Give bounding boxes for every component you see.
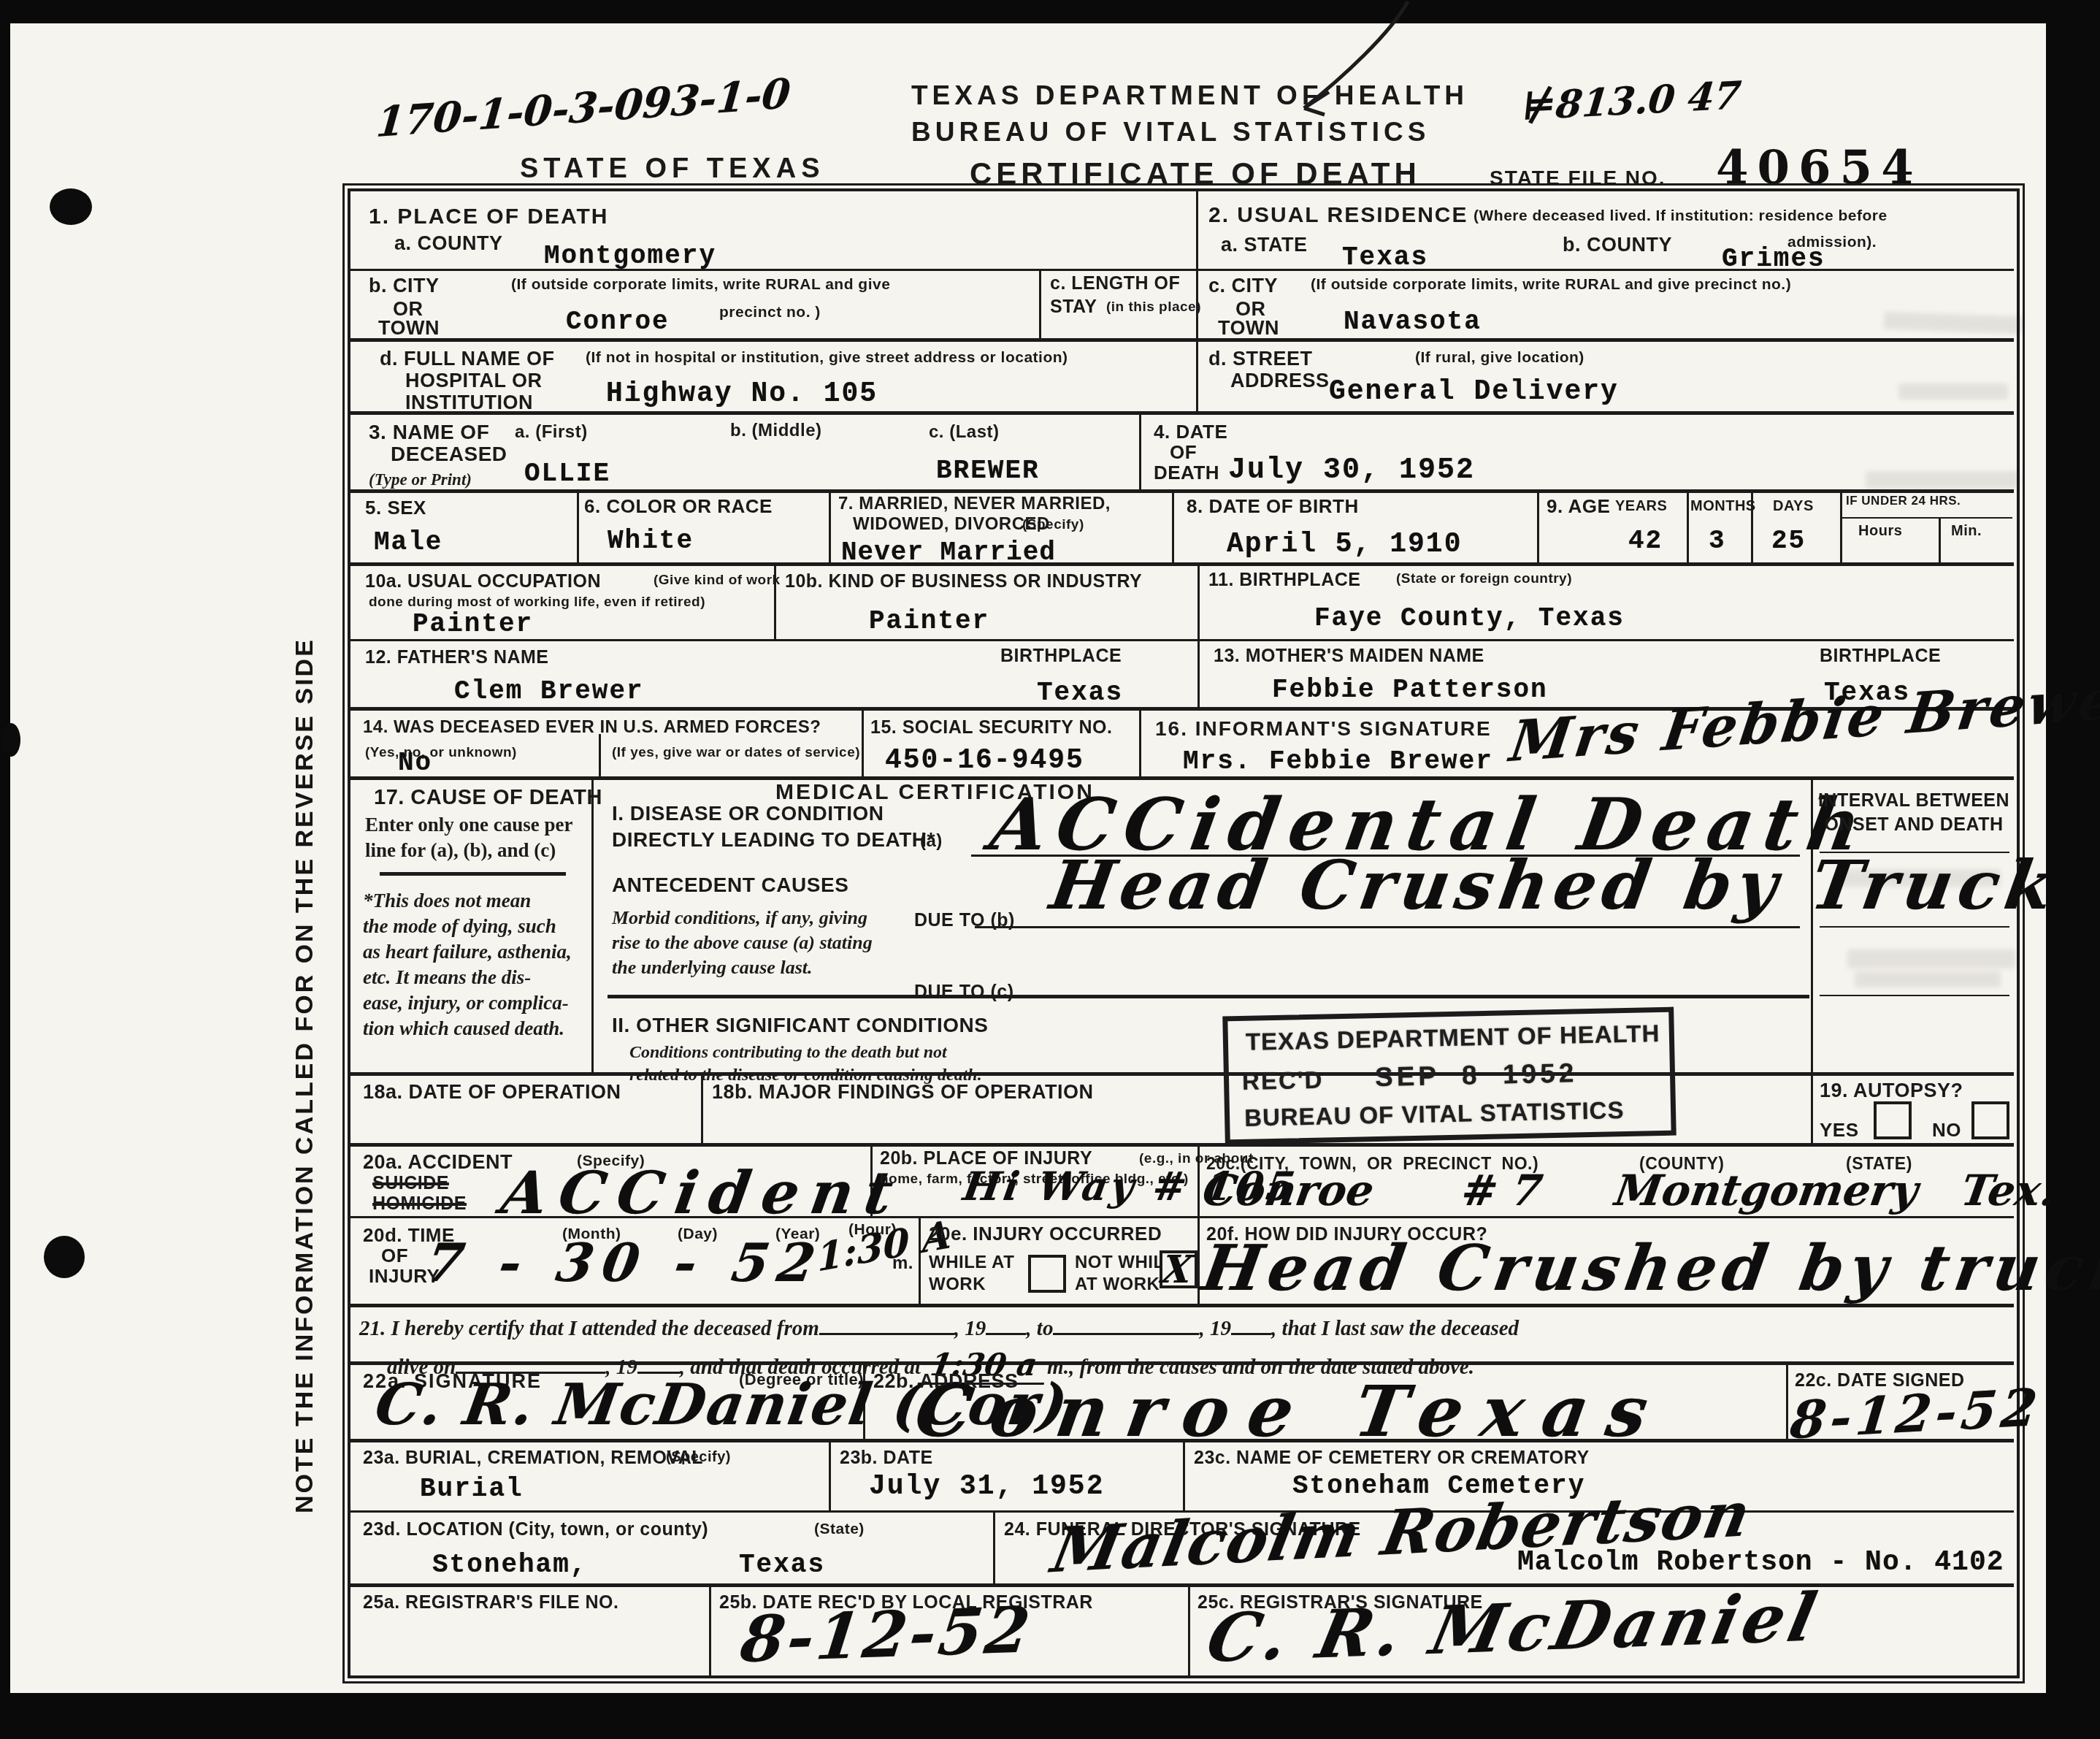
city-label-town: TOWN [378, 317, 440, 340]
burial-date-label: 23b. DATE [840, 1448, 933, 1469]
certificate-title: CERTIFICATE OF DEATH [970, 156, 1421, 191]
grid-line [350, 562, 2014, 566]
funeral-director-typed: Malcolm Robertson - No. 4102 [1517, 1547, 2004, 1578]
interval-line [1820, 926, 2009, 928]
grid-line [1197, 639, 1200, 707]
grid-line [862, 707, 864, 776]
occupation-label: 10a. USUAL OCCUPATION [365, 571, 601, 592]
morbid-conditions-note: Morbid conditions, if any, giving rise t… [612, 906, 873, 979]
cause-b-handwritten: Head Crushed by Truck [1045, 846, 2063, 925]
other-conditions-label: II. OTHER SIGNIFICANT CONDITIONS [612, 1014, 988, 1037]
grid-line [591, 776, 594, 1072]
street-value: General Delivery [1329, 376, 1619, 408]
hours-label: Hours [1858, 523, 1902, 540]
cemetery-label: 23c. NAME OF CEMETERY OR CREMATORY [1194, 1448, 1590, 1469]
cause-note-2: *This does not mean the mode of dying, s… [363, 888, 589, 1042]
armed-forces-note2: (If yes, give war or dates of service) [612, 745, 860, 761]
injury-location-handwritten: Conroe # 7 Montgomery Tex. [1200, 1166, 2060, 1215]
occupation-note: (Give kind of work [654, 573, 781, 589]
grid-line [1197, 562, 1200, 639]
grid-line [350, 338, 2014, 342]
place-of-death-title: 1. PLACE OF DEATH [369, 205, 608, 229]
hospital-label2: HOSPITAL OR [405, 370, 543, 392]
grid-line [1687, 489, 1689, 562]
city-label-note: (If outside corporate limits, write RURA… [511, 276, 890, 294]
grid-line [350, 1072, 2014, 1076]
grid-line [1039, 269, 1041, 338]
certify-text: , to [1026, 1317, 1053, 1340]
birthplace-label: 11. BIRTHPLACE [1208, 570, 1360, 591]
grid-line [1939, 517, 1941, 562]
grid-line [829, 1439, 831, 1510]
date-of-death-label: 4. DATE [1154, 421, 1227, 443]
occupation-note2: done during most of working life, even i… [369, 595, 705, 611]
stamp-recd: REC'D [1242, 1066, 1324, 1096]
residence-city-value: Navasota [1344, 307, 1482, 337]
age-years-value: 42 [1628, 526, 1663, 556]
grid-line [1139, 707, 1141, 776]
registrar-file-no-label: 25a. REGISTRAR'S FILE NO. [363, 1592, 618, 1613]
while-at-work-checkbox [1028, 1255, 1066, 1293]
occupation-value: Painter [413, 609, 533, 639]
grid-line [1842, 517, 2012, 519]
mother-name-value: Febbie Patterson [1272, 675, 1548, 705]
suicide-label-struck: SUICIDE [372, 1173, 449, 1194]
first-name-label: a. (First) [515, 422, 588, 443]
burial-specify-note: (Specify) [666, 1449, 731, 1466]
father-name-label: 12. FATHER'S NAME [365, 647, 549, 668]
min-label: Min. [1951, 523, 1982, 540]
name-label: 3. NAME OF [369, 421, 489, 444]
age-months-value: 3 [1709, 526, 1726, 556]
blank-line [637, 1350, 680, 1374]
usual-residence-title: 2. USUAL RESIDENCE [1208, 203, 1468, 228]
county-value: Montgomery [544, 241, 716, 271]
hospital-label3: INSTITUTION [405, 391, 533, 414]
length-of-stay-label: c. LENGTH OF [1050, 273, 1180, 294]
street-label2: ADDRESS [1230, 370, 1330, 392]
usual-residence-note: (Where deceased lived. If institution: r… [1474, 207, 1888, 225]
burial-label: 23a. BURIAL, CREMATION, REMOVAL [363, 1448, 703, 1469]
interval-line [1820, 995, 2009, 996]
age-label: 9. AGE [1547, 495, 1610, 518]
grid-line [1139, 411, 1141, 489]
certify-text: , that I last saw the deceased [1271, 1317, 1519, 1340]
name-label-note: (Type or Print) [369, 470, 472, 489]
cause-b-baseline [975, 926, 1800, 928]
race-value: White [608, 526, 694, 556]
date-of-death-label2: OF [1170, 441, 1197, 464]
stamp-line-1: TEXAS DEPARTMENT OF HEALTH [1246, 1020, 1660, 1056]
stamp-date: SEP 8 1952 [1375, 1058, 1578, 1093]
autopsy-label: 19. AUTOPSY? [1820, 1079, 1963, 1102]
mother-birthplace-label: BIRTHPLACE [1820, 646, 1941, 667]
age-months-label: MONTHS [1690, 498, 1756, 515]
interval-label: INTERVAL BETWEEN ONSET AND DEATH [1817, 789, 2011, 836]
last-name-label: c. (Last) [929, 422, 1000, 443]
handwritten-arrow [1241, 0, 1431, 123]
burial-value: Burial [420, 1474, 524, 1504]
first-name-value: OLLIE [524, 459, 610, 489]
how-injury-handwritten: Head Crushed by truck [1197, 1231, 2100, 1305]
burial-date-value: July 31, 1952 [869, 1471, 1104, 1502]
grid-line [350, 411, 2014, 415]
injury-occurred-label: 20e. INJURY OCCURRED [929, 1223, 1162, 1245]
armed-forces-label: 14. WAS DECEASED EVER IN U.S. ARMED FORC… [363, 717, 821, 738]
stamp-line-3: BUREAU OF VITAL STATISTICS [1244, 1096, 1625, 1132]
cause-note-1: Enter only one cause per line for (a), (… [365, 812, 573, 863]
certify-text: , 19 [1199, 1317, 1231, 1340]
birthplace-value: Faye County, Texas [1314, 603, 1625, 633]
hospital-label-note: (If not in hospital or institution, give… [586, 349, 1068, 367]
accident-handwritten: ACCident [497, 1158, 910, 1227]
disease-condition-label: I. DISEASE OR CONDITION DIRECTLY LEADING… [612, 800, 935, 854]
residence-city-town: TOWN [1218, 317, 1279, 340]
date-of-operation-label: 18a. DATE OF OPERATION [363, 1081, 621, 1104]
street-label: d. STREET [1208, 348, 1313, 370]
grid-line [350, 489, 2014, 493]
homicide-label-struck: HOMICIDE [372, 1193, 467, 1215]
grid-line [1537, 489, 1539, 562]
film-edge-bottom [0, 1693, 2100, 1739]
race-label: 6. COLOR OR RACE [584, 495, 773, 518]
grid-line [608, 995, 1809, 998]
father-name-value: Clem Brewer [454, 676, 644, 706]
ssn-value: 450-16-9495 [885, 745, 1084, 776]
street-note: (If rural, give location) [1415, 349, 1584, 367]
informant-typed-value: Mrs. Febbie Brewer [1183, 746, 1493, 776]
state-value: Texas [1342, 242, 1428, 272]
grid-line [350, 1143, 2014, 1147]
sex-label: 5. SEX [365, 497, 426, 519]
ssn-label: 15. SOCIAL SECURITY NO. [870, 717, 1112, 738]
certify-line-1: 21. I hereby certify that I attended the… [359, 1312, 1519, 1341]
age-days-label: DAYS [1773, 498, 1814, 515]
city-label: b. CITY [369, 275, 440, 297]
residence-county-value: Grimes [1722, 244, 1825, 274]
marital-value: Never Married [841, 538, 1056, 567]
burial-location-state-value: Texas [739, 1550, 825, 1580]
date-of-death-label3: DEATH [1154, 462, 1219, 484]
industry-label: 10b. KIND OF BUSINESS OR INDUSTRY [785, 571, 1142, 592]
grid-line [709, 1583, 711, 1675]
due-to-b-label: DUE TO (b) [914, 910, 1015, 931]
blank-line [986, 1312, 1026, 1335]
while-at-work-label: WHILE AT WORK [929, 1252, 1014, 1296]
burial-location-state-label: (State) [814, 1521, 865, 1538]
age-years-label: YEARS [1615, 498, 1667, 515]
blank-line [819, 1312, 954, 1335]
sex-value: Male [374, 527, 442, 557]
autopsy-no-checkbox [1971, 1101, 2009, 1139]
hospital-label: d. FULL NAME OF [380, 348, 554, 370]
mother-name-label: 13. MOTHER'S MAIDEN NAME [1214, 646, 1484, 667]
middle-name-label: b. (Middle) [730, 421, 821, 441]
punch-hole [50, 188, 92, 225]
name-label2: DECEASED [391, 443, 507, 466]
punch-hole [44, 1236, 85, 1278]
armed-forces-note1: (Yes, no, or unknown) [365, 745, 517, 761]
under-24-label: IF UNDER 24 HRS. [1846, 494, 1961, 508]
physician-address-handwritten: Conroe Texas [910, 1370, 1672, 1453]
burial-location-label: 23d. LOCATION (City, town, or county) [363, 1519, 708, 1540]
grid-line [577, 489, 579, 562]
grid-line [350, 639, 2014, 641]
state-file-number: 40654 [1716, 140, 1923, 195]
last-name-value: BREWER [936, 456, 1040, 486]
grid-line [1188, 1583, 1190, 1675]
grid-line [350, 776, 2014, 780]
certify-text: , 19 [954, 1317, 986, 1340]
antecedent-causes-label: ANTECEDENT CAUSES [612, 874, 848, 897]
received-stamp: TEXAS DEPARTMENT OF HEALTH REC'D SEP 8 1… [1222, 1007, 1676, 1145]
city-label-note2: precinct no. ) [719, 304, 821, 321]
hour-m-label: m. [892, 1253, 913, 1274]
accident-label: 20a. ACCIDENT [363, 1151, 513, 1174]
grid-line [1172, 489, 1174, 562]
grid-line [829, 489, 831, 562]
industry-value: Painter [869, 606, 989, 636]
grid-line [1811, 1072, 1813, 1143]
not-while-at-work-checkbox: X [1160, 1250, 1197, 1288]
marital-label2: WIDOWED, DIVORCED [853, 514, 1050, 535]
film-edge-top [0, 0, 2100, 23]
residence-city-note: (If outside corporate limits, write RURA… [1311, 276, 1791, 294]
informant-label: 16. INFORMANT'S SIGNATURE [1155, 717, 1492, 741]
birthplace-note: (State or foreign country) [1396, 571, 1572, 587]
cause-of-death-label: 17. CAUSE OF DEATH [374, 786, 602, 810]
age-days-value: 25 [1771, 526, 1806, 556]
county-label: a. COUNTY [394, 232, 503, 255]
cause-a-tag: (a) [920, 831, 943, 852]
residence-county-label: b. COUNTY [1563, 234, 1672, 256]
date-of-death-value: July 30, 1952 [1228, 454, 1475, 487]
grid-line [1786, 1361, 1788, 1439]
father-birthplace-label: BIRTHPLACE [1000, 646, 1122, 667]
margin-note: NOTE THE INFORMATION CALLED FOR ON THE R… [291, 374, 319, 1513]
due-to-c-label: DUE TO (c) [914, 982, 1014, 1003]
major-findings-label: 18b. MAJOR FINDINGS OF OPERATION [712, 1081, 1094, 1104]
checkbox-x-mark: X [1159, 1247, 1195, 1292]
autopsy-yes-label: YES [1820, 1119, 1859, 1142]
length-of-stay-label2: STAY [1050, 297, 1097, 318]
autopsy-no-label: NO [1932, 1119, 1961, 1142]
blank-line [1053, 1312, 1199, 1335]
certify-text: 21. I hereby certify that I attended the… [359, 1317, 819, 1340]
burial-location-city-value: Stoneham, [432, 1550, 587, 1580]
length-of-stay-note: (in this place) [1106, 299, 1201, 316]
dob-value: April 5, 1910 [1227, 529, 1462, 560]
blank-line [1231, 1312, 1271, 1335]
state-of-texas-heading: STATE OF TEXAS [520, 153, 825, 185]
film-edge-left [0, 0, 10, 1739]
time-of-injury-label2: OF [381, 1245, 408, 1267]
marital-label: 7. MARRIED, NEVER MARRIED, [838, 494, 1111, 514]
date-recd-handwritten: 8-12-52 [737, 1593, 1037, 1677]
punch-hole [1, 723, 20, 757]
autopsy-yes-checkbox [1874, 1101, 1912, 1139]
grid-line [599, 734, 601, 776]
death-certificate-scan: NOTE THE INFORMATION CALLED FOR ON THE R… [0, 0, 2100, 1739]
armed-forces-value: No [398, 748, 432, 778]
hospital-value: Highway No. 105 [606, 378, 878, 410]
grid-line [380, 872, 566, 876]
dob-label: 8. DATE OF BIRTH [1187, 495, 1359, 518]
state-label: a. STATE [1221, 234, 1308, 256]
marital-note: (Specify) [1022, 517, 1084, 533]
father-birthplace-value: Texas [1037, 678, 1123, 708]
grid-line [993, 1510, 995, 1583]
city-value: Conroe [566, 307, 670, 337]
grid-line [1840, 489, 1842, 562]
residence-city-label: c. CITY [1208, 275, 1278, 297]
injury-date-handwritten: 7 - 30 - 52 [422, 1231, 828, 1293]
state-file-no-label: STATE FILE NO. [1490, 167, 1666, 190]
